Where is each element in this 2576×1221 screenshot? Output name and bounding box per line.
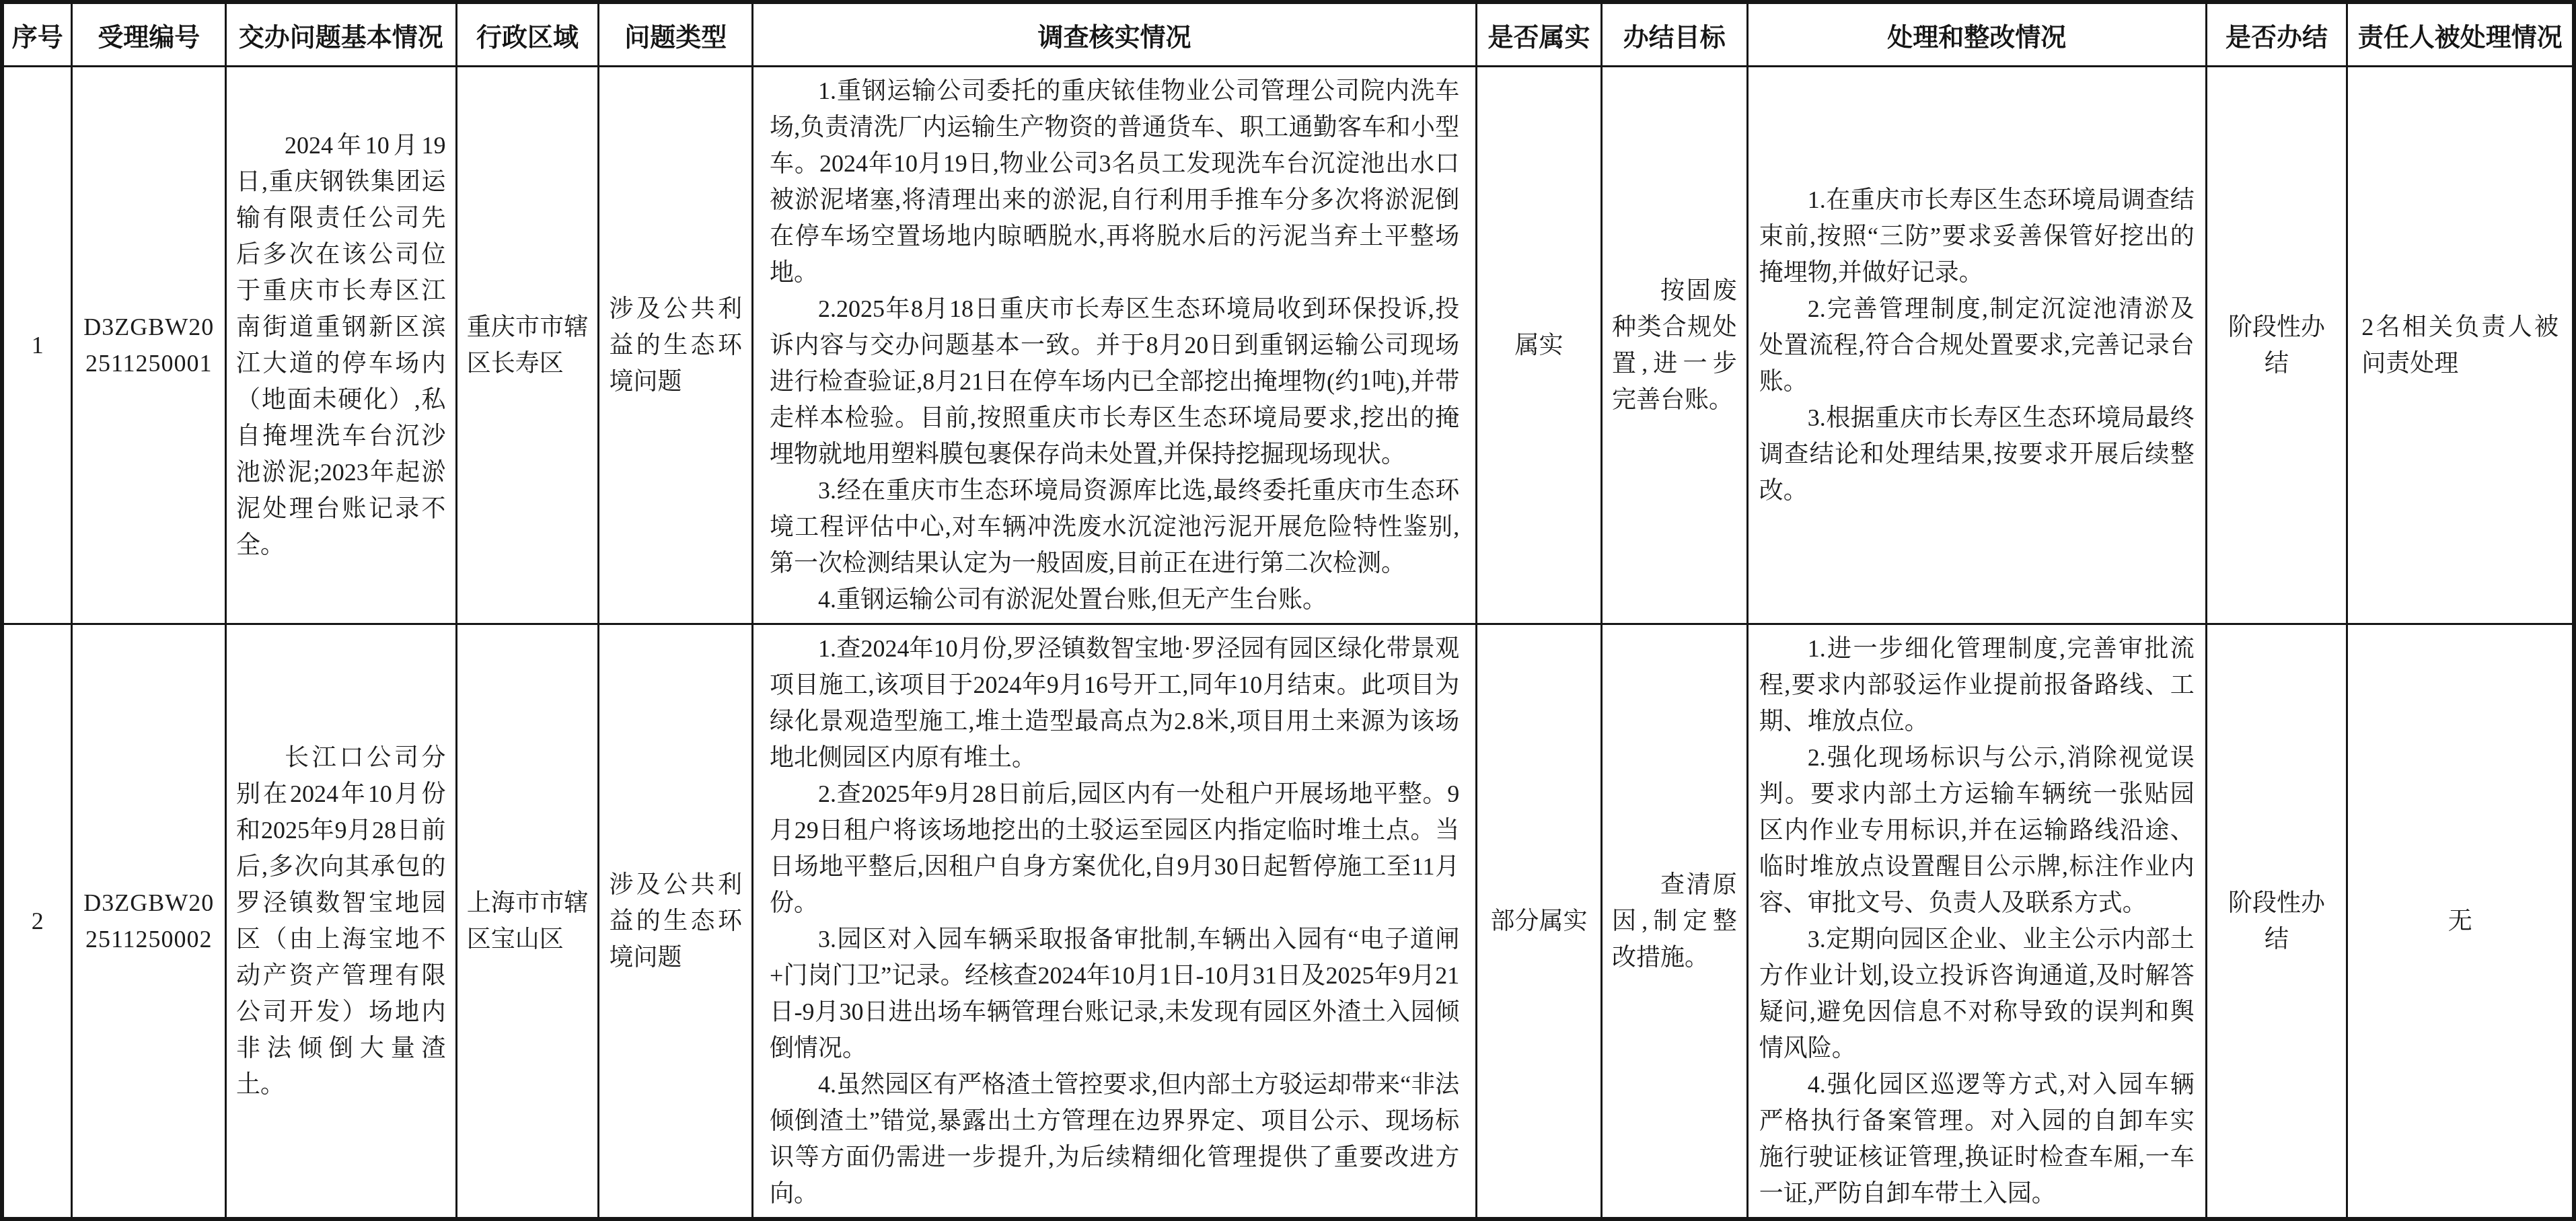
paragraph: 4.虽然园区有严格渣土管控要求,但内部土方驳运却带来“非法倾倒渣土”错觉,暴露出…	[770, 1066, 1459, 1212]
cell-type: 涉及公共利益的生态环境问题	[599, 66, 753, 624]
paragraph: 2.强化现场标识与公示,消除视觉误判。要求内部土方运输车辆统一张贴园区内作业专用…	[1759, 739, 2195, 921]
header-row: 序号 受理编号 交办问题基本情况 行政区域 问题类型 调查核实情况 是否属实 办…	[2, 2, 2574, 66]
region-text: 重庆市市辖区长寿区	[467, 309, 589, 381]
col-header-status: 是否办结	[2206, 2, 2347, 66]
cell-type: 涉及公共利益的生态环境问题	[599, 624, 753, 1219]
paragraph: 3.根据重庆市长寿区生态环境局最终调查结论和处理结果,按要求开展后续整改。	[1759, 400, 2195, 509]
document-page: 序号 受理编号 交办问题基本情况 行政区域 问题类型 调查核实情况 是否属实 办…	[0, 0, 2576, 1204]
paragraph: 1.在重庆市长寿区生态环境局调查结束前,按照“三防”要求妥善保管好挖出的掩埋物,…	[1759, 182, 2195, 291]
col-header-goal: 办结目标	[1602, 2, 1748, 66]
paragraph: 3.经在重庆市生态环境局资源库比选,最终委托重庆市生态环境工程评估中心,对车辆冲…	[770, 472, 1459, 581]
paragraph: 2.2025年8月18日重庆市长寿区生态环境局收到环保投诉,投诉内容与交办问题基…	[770, 291, 1459, 472]
cell-case-id: D3ZGBW202511250001	[72, 66, 226, 624]
col-header-no: 序号	[2, 2, 72, 66]
cell-accountability: 2名相关负责人被问责处理	[2347, 66, 2574, 624]
paragraph: 1.查2024年10月份,罗泾镇数智宝地·罗泾园有园区绿化带景观项目施工,该项目…	[770, 630, 1459, 776]
table-row-1: 1 D3ZGBW202511250001 2024年10月19日,重庆钢铁集团运…	[2, 66, 2574, 624]
cell-region: 上海市市辖区宝山区	[456, 624, 599, 1219]
type-text: 涉及公共利益的生态环境问题	[609, 291, 742, 400]
cell-problem: 2024年10月19日,重庆钢铁集团运输有限责任公司先后多次在该公司位于重庆市长…	[226, 66, 457, 624]
cell-verified: 部分属实	[1477, 624, 1602, 1219]
type-text: 涉及公共利益的生态环境问题	[609, 866, 742, 975]
problem-text: 长江口公司分别在2024年10月份和2025年9月28日前后,多次向其承包的罗泾…	[236, 739, 446, 1103]
cell-region: 重庆市市辖区长寿区	[456, 66, 599, 624]
col-header-accountability: 责任人被处理情况	[2347, 2, 2574, 66]
col-header-region: 行政区域	[456, 2, 599, 66]
cell-rectification: 1.在重庆市长寿区生态环境局调查结束前,按照“三防”要求妥善保管好挖出的掩埋物,…	[1747, 66, 2206, 624]
cell-no: 2	[2, 624, 72, 1219]
paragraph: 2.查2025年9月28日前后,园区内有一处租户开展场地平整。9月29日租户将该…	[770, 776, 1459, 921]
cell-goal: 查清原因,制定整改措施。	[1602, 624, 1748, 1219]
region-text: 上海市市辖区宝山区	[467, 885, 589, 957]
paragraph: 3.定期向园区企业、业主公示内部土方作业计划,设立投诉咨询通道,及时解答疑问,避…	[1759, 921, 2195, 1066]
col-header-problem: 交办问题基本情况	[226, 2, 457, 66]
col-header-verified: 是否属实	[1477, 2, 1602, 66]
col-header-investigation: 调查核实情况	[753, 2, 1477, 66]
col-header-rectification: 处理和整改情况	[1747, 2, 2206, 66]
cell-verified: 属实	[1477, 66, 1602, 624]
cell-status: 阶段性办结	[2206, 624, 2347, 1219]
paragraph: 2.完善管理制度,制定沉淀池清淤及处置流程,符合合规处置要求,完善记录台账。	[1759, 291, 2195, 400]
case-table: 序号 受理编号 交办问题基本情况 行政区域 问题类型 调查核实情况 是否属实 办…	[0, 0, 2576, 1221]
cell-case-id: D3ZGBW202511250002	[72, 624, 226, 1219]
cell-investigation: 1.查2024年10月份,罗泾镇数智宝地·罗泾园有园区绿化带景观项目施工,该项目…	[753, 624, 1477, 1219]
paragraph: 1.进一步细化管理制度,完善审批流程,要求内部驳运作业提前报备路线、工期、堆放点…	[1759, 630, 2195, 739]
cell-status: 阶段性办结	[2206, 66, 2347, 624]
col-header-case-id: 受理编号	[72, 2, 226, 66]
table-row-2: 2 D3ZGBW202511250002 长江口公司分别在2024年10月份和2…	[2, 624, 2574, 1219]
problem-text: 2024年10月19日,重庆钢铁集团运输有限责任公司先后多次在该公司位于重庆市长…	[236, 127, 446, 563]
cell-accountability: 无	[2347, 624, 2574, 1219]
paragraph: 3.园区对入园车辆采取报备审批制,车辆出入园有“电子道闸+门岗门卫”记录。经核查…	[770, 921, 1459, 1066]
cell-problem: 长江口公司分别在2024年10月份和2025年9月28日前后,多次向其承包的罗泾…	[226, 624, 457, 1219]
goal-text: 查清原因,制定整改措施。	[1612, 866, 1737, 975]
col-header-type: 问题类型	[599, 2, 753, 66]
cell-investigation: 1.重钢运输公司委托的重庆铱佳物业公司管理公司院内洗车场,负责清洗厂内运输生产物…	[753, 66, 1477, 624]
cell-goal: 按固废种类合规处置,进一步完善台账。	[1602, 66, 1748, 624]
cell-no: 1	[2, 66, 72, 624]
paragraph: 4.重钢运输公司有淤泥处置台账,但无产生台账。	[770, 581, 1459, 618]
paragraph: 1.重钢运输公司委托的重庆铱佳物业公司管理公司院内洗车场,负责清洗厂内运输生产物…	[770, 73, 1459, 291]
paragraph: 4.强化园区巡逻等方式,对入园车辆严格执行备案管理。对入园的自卸车实施行驶证核证…	[1759, 1066, 2195, 1212]
goal-text: 按固废种类合规处置,进一步完善台账。	[1612, 272, 1737, 418]
cell-rectification: 1.进一步细化管理制度,完善审批流程,要求内部驳运作业提前报备路线、工期、堆放点…	[1747, 624, 2206, 1219]
